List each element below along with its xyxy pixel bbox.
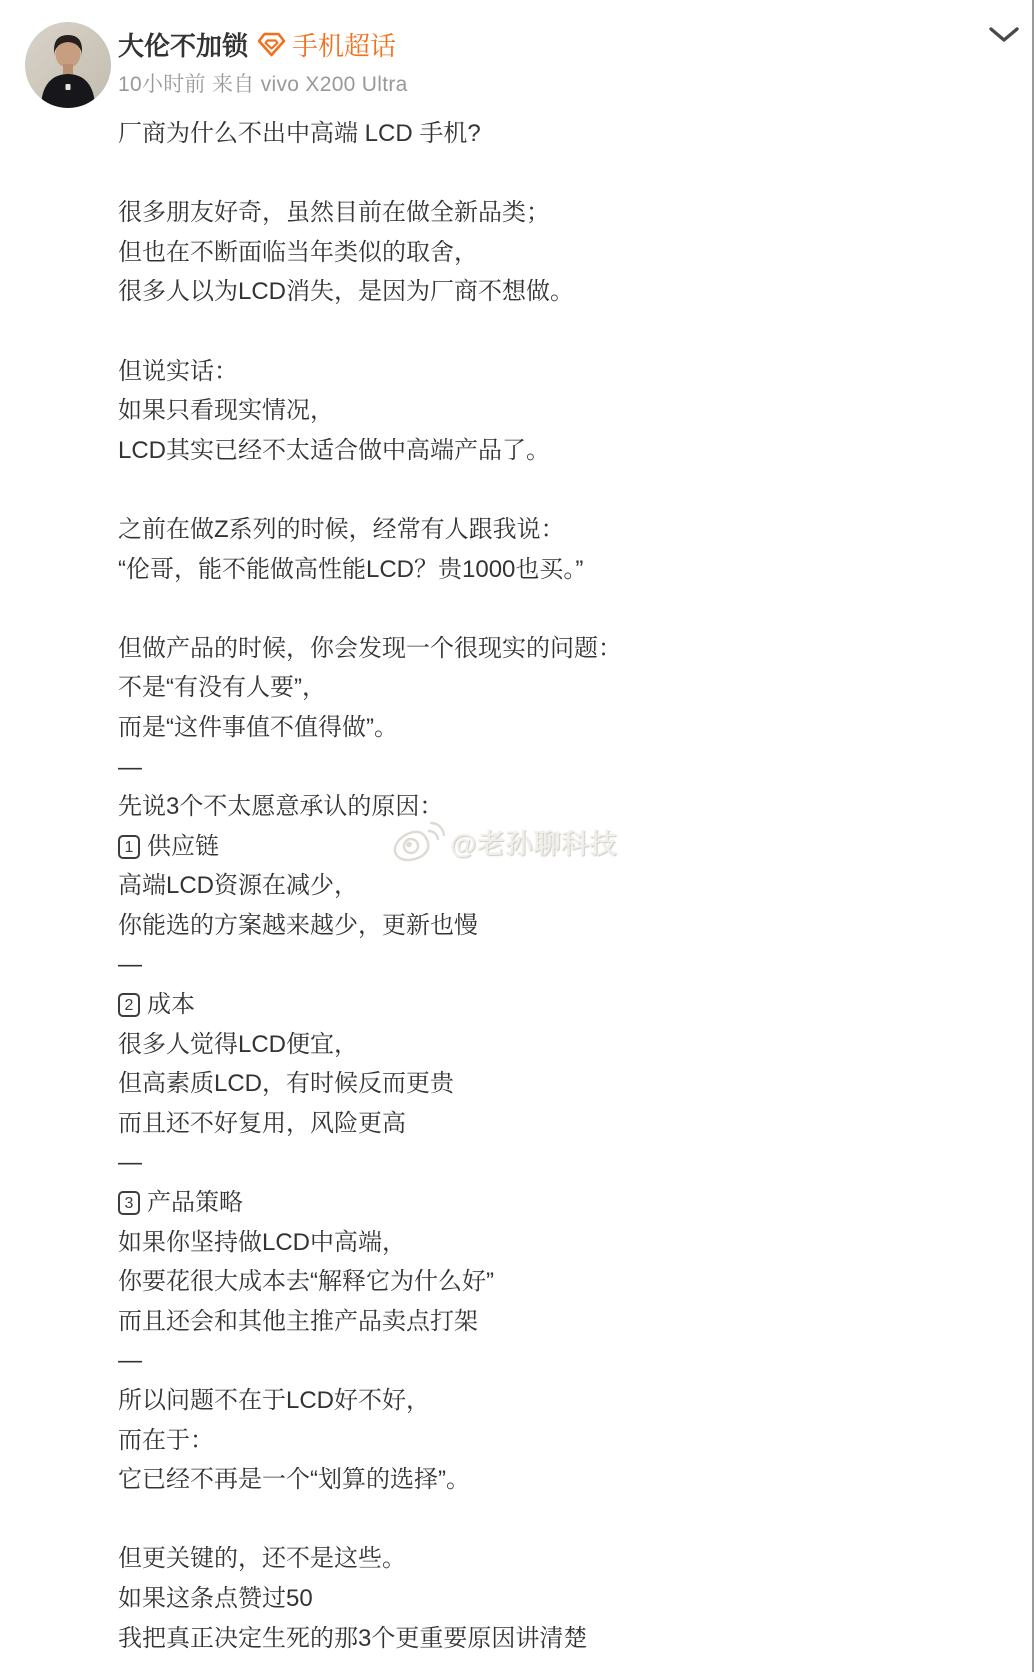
post-line: 而在于：	[118, 1421, 978, 1461]
post-line: 如果这条点赞过50	[118, 1579, 978, 1619]
post-blank-line	[118, 154, 978, 194]
numbered-box: 2	[118, 993, 140, 1017]
username[interactable]: 大伦不加锁	[118, 26, 248, 63]
post-blank-line	[118, 470, 978, 510]
post-line: 我把真正决定生死的那3个更重要原因讲清楚	[118, 1619, 978, 1659]
post-line: 不是“有没有人要”，	[118, 668, 978, 708]
post-line: —	[118, 1341, 978, 1381]
post-blank-line	[118, 589, 978, 629]
post-line: 而且还会和其他主推产品卖点打架	[118, 1302, 978, 1342]
post-line: 而且还不好复用，风险更高	[118, 1104, 978, 1144]
name-row: 大伦不加锁 手机超话	[118, 26, 396, 62]
post-line: 很多人以为LCD消失，是因为厂商不想做。	[118, 272, 978, 312]
post-blank-line	[118, 312, 978, 352]
avatar-portrait	[25, 22, 111, 108]
post-text: 厂商为什么不出中高端 LCD 手机?很多朋友好奇，虽然目前在做全新品类；但也在不…	[118, 114, 978, 1658]
post-line: 但更关键的，还不是这些。	[118, 1539, 978, 1579]
post-line: 2成本	[118, 985, 978, 1025]
weibo-post: 大伦不加锁 手机超话 10小时前 来自 vivo X200 Ultra 厂商为什…	[0, 0, 1034, 1672]
post-line: 但说实话：	[118, 352, 978, 392]
topic-link[interactable]: 手机超话	[256, 26, 396, 63]
avatar[interactable]	[25, 22, 111, 108]
post-line: 你要花很大成本去“解释它为什么好”	[118, 1262, 978, 1302]
collapse-button[interactable]	[984, 20, 1024, 50]
post-line: 很多人觉得LCD便宜，	[118, 1025, 978, 1065]
post-line: 之前在做Z系列的时候，经常有人跟我说：	[118, 510, 978, 550]
post-line: 3产品策略	[118, 1183, 978, 1223]
post-line: 高端LCD资源在减少，	[118, 866, 978, 906]
post-line: 但高素质LCD，有时候反而更贵	[118, 1064, 978, 1104]
post-line: 如果只看现实情况，	[118, 391, 978, 431]
post-line: —	[118, 748, 978, 788]
post-line: 它已经不再是一个“划算的选择”。	[118, 1460, 978, 1500]
chevron-down-icon	[988, 26, 1020, 44]
post-line: “伦哥，能不能做高性能LCD？贵1000也买。”	[118, 550, 978, 590]
numbered-box: 3	[118, 1191, 140, 1215]
post-line: 1供应链	[118, 827, 978, 867]
post-line: 但也在不断面临当年类似的取舍，	[118, 233, 978, 273]
post-line: —	[118, 1143, 978, 1183]
post-line: —	[118, 945, 978, 985]
post-meta[interactable]: 10小时前 来自 vivo X200 Ultra	[118, 68, 408, 98]
post-line: 如果你坚持做LCD中高端，	[118, 1223, 978, 1263]
post-line: 所以问题不在于LCD好不好，	[118, 1381, 978, 1421]
post-line: 但做产品的时候，你会发现一个很现实的问题：	[118, 629, 978, 669]
post-line: 厂商为什么不出中高端 LCD 手机?	[118, 114, 978, 154]
post-line: 先说3个不太愿意承认的原因：	[118, 787, 978, 827]
numbered-box: 1	[118, 835, 140, 859]
post-line: LCD其实已经不太适合做中高端产品了。	[118, 431, 978, 471]
post-line: 你能选的方案越来越少，更新也慢	[118, 906, 978, 946]
super-topic-gem-icon	[256, 31, 287, 58]
post-line: 很多朋友好奇，虽然目前在做全新品类；	[118, 193, 978, 233]
post-blank-line	[118, 1500, 978, 1540]
post-line: 而是“这件事值不值得做”。	[118, 708, 978, 748]
topic-label: 手机超话	[292, 26, 396, 63]
